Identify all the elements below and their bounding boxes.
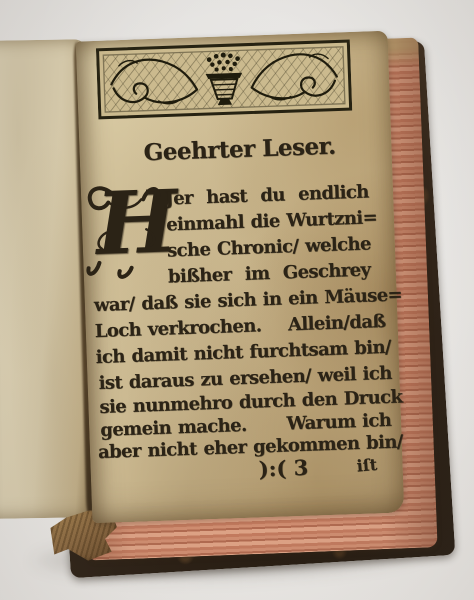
text-line: bißher im Geschrey <box>168 259 371 287</box>
signature-mark: ):( 3 <box>258 455 308 482</box>
page-content: Geehrter Leser. H Jer ha <box>76 31 405 524</box>
text-line: Jer hast du endlich <box>165 181 369 209</box>
text-line: einmahl die Wurtzni= <box>166 207 378 235</box>
ornate-initial-H: H <box>82 177 164 284</box>
text-line: Loch verkrochen. Allein/daß <box>94 311 385 342</box>
photo-of-antique-book: Geehrter Leser. H Jer ha <box>0 0 474 600</box>
initial-flourishes <box>82 177 164 284</box>
printed-right-page: Geehrter Leser. H Jer ha <box>76 31 405 524</box>
text-line: sche Chronic/ welche <box>167 233 371 261</box>
woodcut-headpiece-ornament <box>96 39 352 120</box>
page-heading: Geehrter Leser. <box>143 133 336 167</box>
catchword: iſt <box>356 455 378 476</box>
